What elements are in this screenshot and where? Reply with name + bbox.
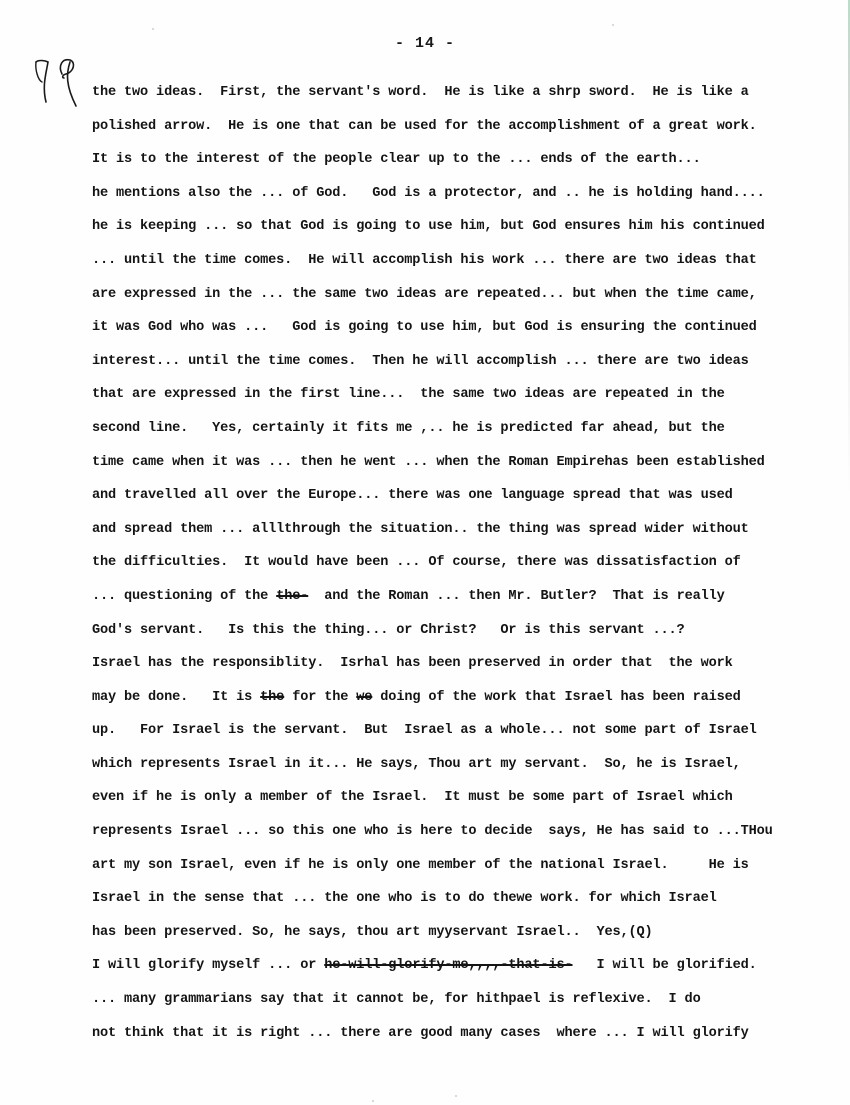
text-line: even if he is only a member of the Israe… <box>92 781 832 815</box>
text-line: the two ideas. First, the servant's word… <box>92 76 832 110</box>
page-number: - 14 - <box>0 35 850 52</box>
text-line: he mentions also the ... of God. God is … <box>92 177 832 211</box>
line-text: and the Roman ... then Mr. Butler? That … <box>308 589 724 604</box>
text-line: and travelled all over the Europe... the… <box>92 479 832 513</box>
paper-speck <box>372 1100 374 1102</box>
text-line: he is keeping ... so that God is going t… <box>92 210 832 244</box>
text-line: Israel in the sense that ... the one who… <box>92 882 832 916</box>
line-text: and travelled all over the Europe... the… <box>92 488 733 503</box>
line-text: ... until the time comes. He will accomp… <box>92 253 757 268</box>
text-line: ... until the time comes. He will accomp… <box>92 244 832 278</box>
text-line: God's servant. Is this the thing... or C… <box>92 614 832 648</box>
text-line: time came when it was ... then he went .… <box>92 446 832 480</box>
line-text: I will glorify myself ... or <box>92 958 324 973</box>
struck-through-text: we <box>356 690 372 705</box>
line-text: It is to the interest of the people clea… <box>92 152 701 167</box>
text-line: Israel has the responsiblity. Isrhal has… <box>92 647 832 681</box>
line-text: not think that it is right ... there are… <box>92 1026 749 1041</box>
typewritten-page: 79 - 14 - the two ideas. First, the serv… <box>0 0 850 1105</box>
line-text: up. For Israel is the servant. But Israe… <box>92 723 757 738</box>
text-line: it was God who was ... God is going to u… <box>92 311 832 345</box>
struck-through-text: the- <box>276 589 308 604</box>
line-text: Israel has the responsiblity. Isrhal has… <box>92 656 733 671</box>
text-line: ... questioning of the the- and the Roma… <box>92 580 832 614</box>
struck-through-text: he-will-glorify-me,,,,-that-is- <box>324 958 572 973</box>
line-text: time came when it was ... then he went .… <box>92 455 765 470</box>
line-text: art my son Israel, even if he is only on… <box>92 858 749 873</box>
transcript-body: the two ideas. First, the servant's word… <box>92 76 832 1050</box>
paper-speck <box>152 28 154 30</box>
line-text: may be done. It is <box>92 690 260 705</box>
line-text: for the <box>284 690 356 705</box>
text-line: and spread them ... alllthrough the situ… <box>92 513 832 547</box>
line-text: even if he is only a member of the Israe… <box>92 790 733 805</box>
text-line: has been preserved. So, he says, thou ar… <box>92 916 832 950</box>
line-text: ... many grammarians say that it cannot … <box>92 992 701 1007</box>
line-text: God's servant. Is this the thing... or C… <box>92 623 685 638</box>
line-text: represents Israel ... so this one who is… <box>92 824 773 839</box>
line-text: he is keeping ... so that God is going t… <box>92 219 765 234</box>
line-text: polished arrow. He is one that can be us… <box>92 119 757 134</box>
line-text: Israel in the sense that ... the one who… <box>92 891 717 906</box>
text-line: up. For Israel is the servant. But Israe… <box>92 714 832 748</box>
line-text: it was God who was ... God is going to u… <box>92 320 757 335</box>
line-text: I will be glorified. <box>572 958 756 973</box>
line-text: the difficulties. It would have been ...… <box>92 555 741 570</box>
line-text: he mentions also the ... of God. God is … <box>92 186 765 201</box>
text-line: that are expressed in the first line... … <box>92 378 832 412</box>
text-line: interest... until the time comes. Then h… <box>92 345 832 379</box>
text-line: ... many grammarians say that it cannot … <box>92 983 832 1017</box>
line-text: the two ideas. First, the servant's word… <box>92 85 749 100</box>
paper-speck <box>455 1095 457 1097</box>
line-text: that are expressed in the first line... … <box>92 387 725 402</box>
text-line: polished arrow. He is one that can be us… <box>92 110 832 144</box>
line-text: are expressed in the ... the same two id… <box>92 287 757 302</box>
text-line: second line. Yes, certainly it fits me ,… <box>92 412 832 446</box>
text-line: I will glorify myself ... or he-will-glo… <box>92 949 832 983</box>
line-text: doing of the work that Israel has been r… <box>372 690 740 705</box>
line-text: has been preserved. So, he says, thou ar… <box>92 925 653 940</box>
struck-through-text: the <box>260 690 284 705</box>
text-line: may be done. It is the for the we doing … <box>92 681 832 715</box>
paper-speck <box>612 24 614 26</box>
line-text: which represents Israel in it... He says… <box>92 757 741 772</box>
text-line: not think that it is right ... there are… <box>92 1017 832 1051</box>
text-line: art my son Israel, even if he is only on… <box>92 849 832 883</box>
line-text: and spread them ... alllthrough the situ… <box>92 522 749 537</box>
text-line: represents Israel ... so this one who is… <box>92 815 832 849</box>
text-line: which represents Israel in it... He says… <box>92 748 832 782</box>
line-text: ... questioning of the <box>92 589 276 604</box>
text-line: the difficulties. It would have been ...… <box>92 546 832 580</box>
text-line: are expressed in the ... the same two id… <box>92 278 832 312</box>
line-text: second line. Yes, certainly it fits me ,… <box>92 421 725 436</box>
text-line: It is to the interest of the people clea… <box>92 143 832 177</box>
line-text: interest... until the time comes. Then h… <box>92 354 749 369</box>
